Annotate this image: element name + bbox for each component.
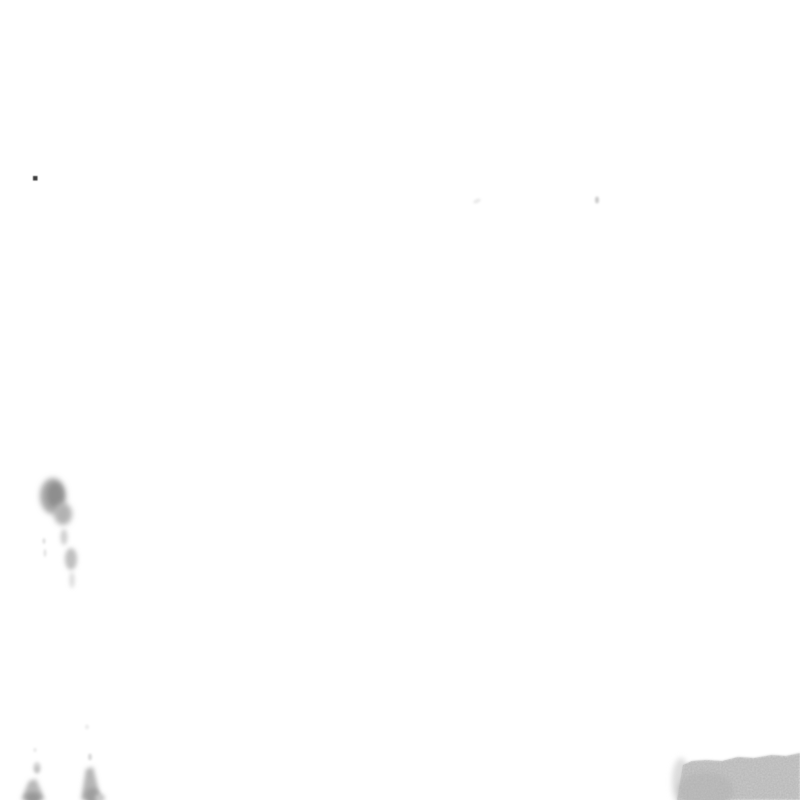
smudge-blob-extension	[54, 503, 72, 525]
smudge-tail	[70, 572, 75, 588]
smudge-side-speck-b	[44, 549, 47, 557]
bottom-left-high-speck	[85, 725, 89, 730]
bottom-right-of-pair-dot	[88, 754, 92, 761]
corner-gray-block-grain	[677, 753, 800, 800]
smudge-lower-blob	[65, 548, 77, 570]
faint-speck-top-center	[473, 197, 482, 204]
small-gray-speck-top-right	[595, 197, 599, 204]
dark-ink-dot	[33, 176, 38, 181]
bottom-left-dot	[34, 748, 37, 752]
smudge-neck	[61, 529, 68, 545]
bottom-left-angular-speck-core	[35, 766, 39, 772]
smudge-side-speck-a	[43, 538, 46, 544]
blank-scanned-page	[0, 0, 800, 800]
marks-group	[21, 176, 800, 800]
page-marks-layer	[0, 0, 800, 800]
